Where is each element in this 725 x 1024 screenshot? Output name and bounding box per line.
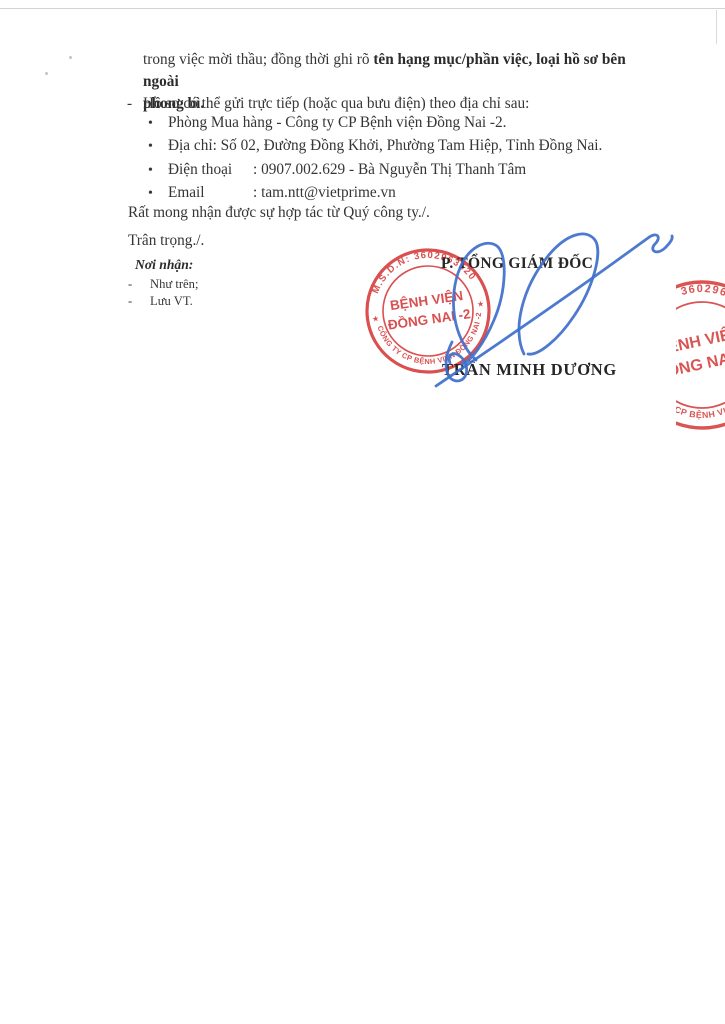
contact-bullet-list: •Phòng Mua hàng - Công ty CP Bệnh viện Đ…	[148, 112, 602, 206]
recipient-text: Lưu VT.	[150, 294, 193, 308]
bullet-text: Phòng Mua hàng - Công ty CP Bệnh viện Đồ…	[168, 114, 507, 131]
seal-star-left-icon: ★	[371, 314, 379, 324]
list-item-email: •Email: tam.ntt@vietprime.vn	[148, 182, 602, 205]
dash-marker: -	[128, 276, 150, 294]
dash-marker: -	[127, 93, 143, 115]
delivery-text: Hồ sơ có thể gửi trực tiếp (hoặc qua bưu…	[143, 95, 529, 112]
recipient-text: Như trên;	[150, 277, 198, 291]
recipients-heading: Nơi nhận:	[135, 256, 198, 274]
scanned-letter-page: trong việc mời thầu; đồng thời ghi rõ tê…	[0, 0, 725, 1024]
edge-seal-fragment: M.S.D.N: 3602963520 CÔNG TY CP BỆNH VIỆN…	[676, 277, 725, 437]
signature-stroke	[436, 235, 672, 386]
bullet-icon: •	[148, 136, 168, 158]
recipients-block: Nơi nhận: -Như trên; -Lưu VT.	[128, 256, 198, 311]
edge-seal-stamp: M.S.D.N: 3602963520 CÔNG TY CP BỆNH VIỆN…	[676, 277, 725, 435]
dash-marker: -	[128, 293, 150, 311]
recipient-row: -Như trên;	[128, 276, 198, 294]
list-item-phone: •Điện thoại: 0907.002.629 - Bà Nguyễn Th…	[148, 159, 602, 182]
scan-edge-line-right	[716, 10, 717, 44]
bullet-icon: •	[148, 160, 168, 182]
bullet-icon: •	[148, 113, 168, 135]
closing-regards-line: Trân trọng./.	[128, 232, 204, 250]
signature-stroke	[446, 342, 467, 381]
bullet-text: Địa chỉ: Số 02, Đường Đồng Khởi, Phường …	[168, 137, 602, 154]
phone-label: Điện thoại	[168, 159, 253, 181]
scan-speck	[69, 56, 72, 59]
paragraph-line-1: trong việc mời thầu; đồng thời ghi rõ tê…	[143, 49, 663, 93]
bullet-icon: •	[148, 183, 168, 205]
scan-edge-line	[0, 8, 725, 9]
signature-scribble	[380, 218, 680, 398]
recipient-row: -Lưu VT.	[128, 293, 198, 311]
scan-speck	[45, 72, 48, 75]
paragraph-text: trong việc mời thầu; đồng thời ghi rõ	[143, 51, 373, 68]
signature-stroke	[519, 234, 598, 354]
phone-value: : 0907.002.629 - Bà Nguyễn Thị Thanh Tâm	[253, 161, 526, 178]
list-item: •Địa chỉ: Số 02, Đường Đồng Khởi, Phường…	[148, 135, 602, 158]
email-value: : tam.ntt@vietprime.vn	[253, 184, 396, 201]
list-item: •Phòng Mua hàng - Công ty CP Bệnh viện Đ…	[148, 112, 602, 135]
email-label: Email	[168, 182, 253, 204]
